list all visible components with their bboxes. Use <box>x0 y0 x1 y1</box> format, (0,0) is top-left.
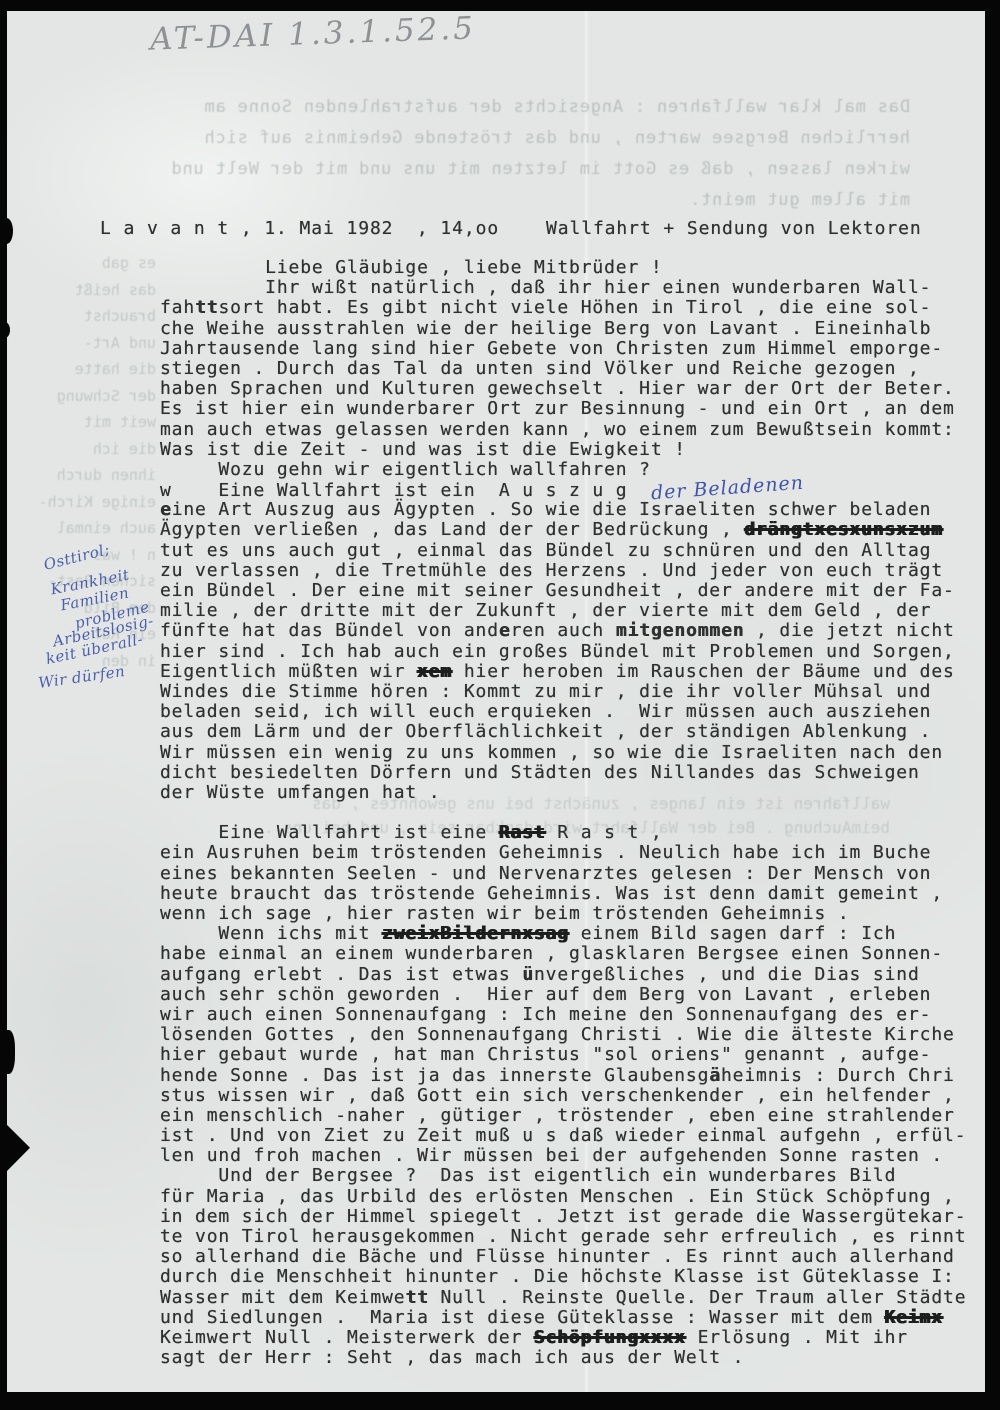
paper-edge-notch <box>0 218 13 244</box>
scan-edge-top <box>0 0 1000 11</box>
paper-edge-notch <box>0 322 10 338</box>
scanned-document-page: Das mal klar wallfahren : Angesichts der… <box>0 0 1000 1410</box>
document-heading: L a v a n t , 1. Mai 1982 , 14,oo Wallfa… <box>100 218 922 239</box>
paper-edge-notch <box>0 1030 15 1074</box>
scan-edge-bottom <box>0 1393 1000 1410</box>
scan-edge-right <box>985 0 1000 1410</box>
typewritten-body: Liebe Gläubige , liebe Mitbrüder ! Ihr w… <box>160 258 982 1368</box>
bleedthrough-text-top: Das mal klar wallfahren : Angesichts der… <box>110 92 910 216</box>
scan-edge-left <box>0 0 7 1410</box>
